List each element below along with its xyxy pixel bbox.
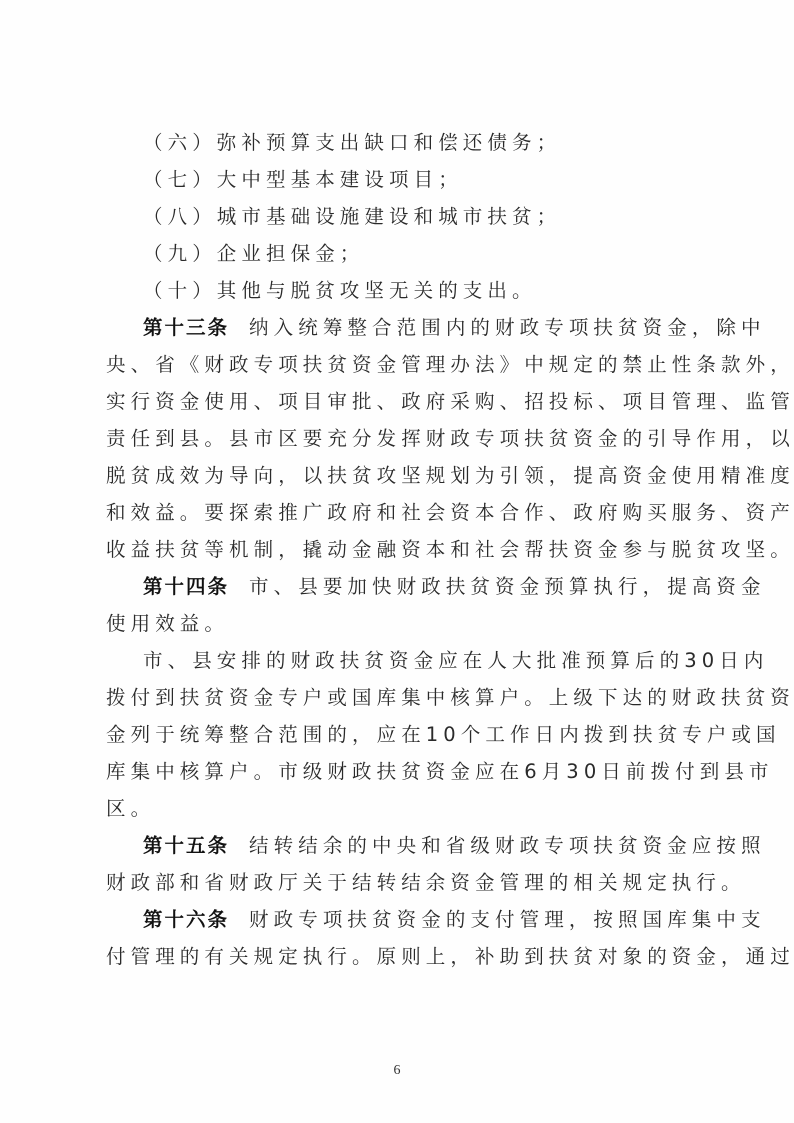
article-14-para2-line: 金列于统筹整合范围的，应在10个工作日内拨到扶贫专户或国 xyxy=(106,723,706,747)
article-13-line: 脱贫成效为导向，以扶贫攻坚规划为引领，提高资金使用精准度 xyxy=(106,464,706,488)
article-15-heading: 第十五条 xyxy=(143,834,229,857)
article-14-para2-line: 区。 xyxy=(106,797,706,821)
article-14-heading: 第十四条 xyxy=(143,575,229,598)
article-14-line: 使用效益。 xyxy=(106,612,706,636)
article-15-text: 结转结余的中央和省级财政专项扶贫资金应按照 xyxy=(249,834,766,857)
article-16-heading: 第十六条 xyxy=(143,908,229,931)
article-13-line: 收益扶贫等机制，撬动金融资本和社会帮扶资金参与脱贫攻坚。 xyxy=(106,538,706,562)
article-14-para2-line: 市、县安排的财政扶贫资金应在人大批准预算后的30日内 xyxy=(143,649,743,673)
article-14-text: 市、县要加快财政扶贫资金预算执行，提高资金 xyxy=(249,575,766,598)
article-14-para2-line: 拨付到扶贫资金专户或国库集中核算户。上级下达的财政扶贫资 xyxy=(106,686,706,710)
article-16-first-line: 第十六条财政专项扶贫资金的支付管理，按照国库集中支 xyxy=(143,908,743,932)
list-item-6: （六）弥补预算支出缺口和偿还债务； xyxy=(143,131,743,155)
list-item-8: （八）城市基础设施建设和城市扶贫； xyxy=(143,205,743,229)
list-item-9: （九）企业担保金； xyxy=(143,242,743,266)
article-13-line: 和效益。要探索推广政府和社会资本合作、政府购买服务、资产 xyxy=(106,501,706,525)
article-14-para2-line: 库集中核算户。市级财政扶贫资金应在6月30日前拨付到县市 xyxy=(106,760,706,784)
article-16-line: 付管理的有关规定执行。原则上，补助到扶贫对象的资金，通过 xyxy=(106,945,706,969)
article-15-line: 财政部和省财政厅关于结转结余资金管理的相关规定执行。 xyxy=(106,871,706,895)
article-14-first-line: 第十四条市、县要加快财政扶贫资金预算执行，提高资金 xyxy=(143,575,743,599)
article-15-first-line: 第十五条结转结余的中央和省级财政专项扶贫资金应按照 xyxy=(143,834,743,858)
article-13-text: 纳入统筹整合范围内的财政专项扶贫资金，除中 xyxy=(249,316,766,339)
article-13-line: 央、省《财政专项扶贫资金管理办法》中规定的禁止性条款外， xyxy=(106,353,706,377)
page-number: 6 xyxy=(0,1063,794,1079)
article-13-first-line: 第十三条纳入统筹整合范围内的财政专项扶贫资金，除中 xyxy=(143,316,743,340)
article-16-text: 财政专项扶贫资金的支付管理，按照国库集中支 xyxy=(249,908,766,931)
article-13-line: 责任到县。县市区要充分发挥财政专项扶贫资金的引导作用，以 xyxy=(106,427,706,451)
article-13-line: 实行资金使用、项目审批、政府采购、招投标、项目管理、监管 xyxy=(106,390,706,414)
article-13-heading: 第十三条 xyxy=(143,316,229,339)
document-page: （六）弥补预算支出缺口和偿还债务； （七）大中型基本建设项目； （八）城市基础设… xyxy=(0,0,794,1123)
list-item-10: （十）其他与脱贫攻坚无关的支出。 xyxy=(143,279,743,303)
list-item-7: （七）大中型基本建设项目； xyxy=(143,168,743,192)
